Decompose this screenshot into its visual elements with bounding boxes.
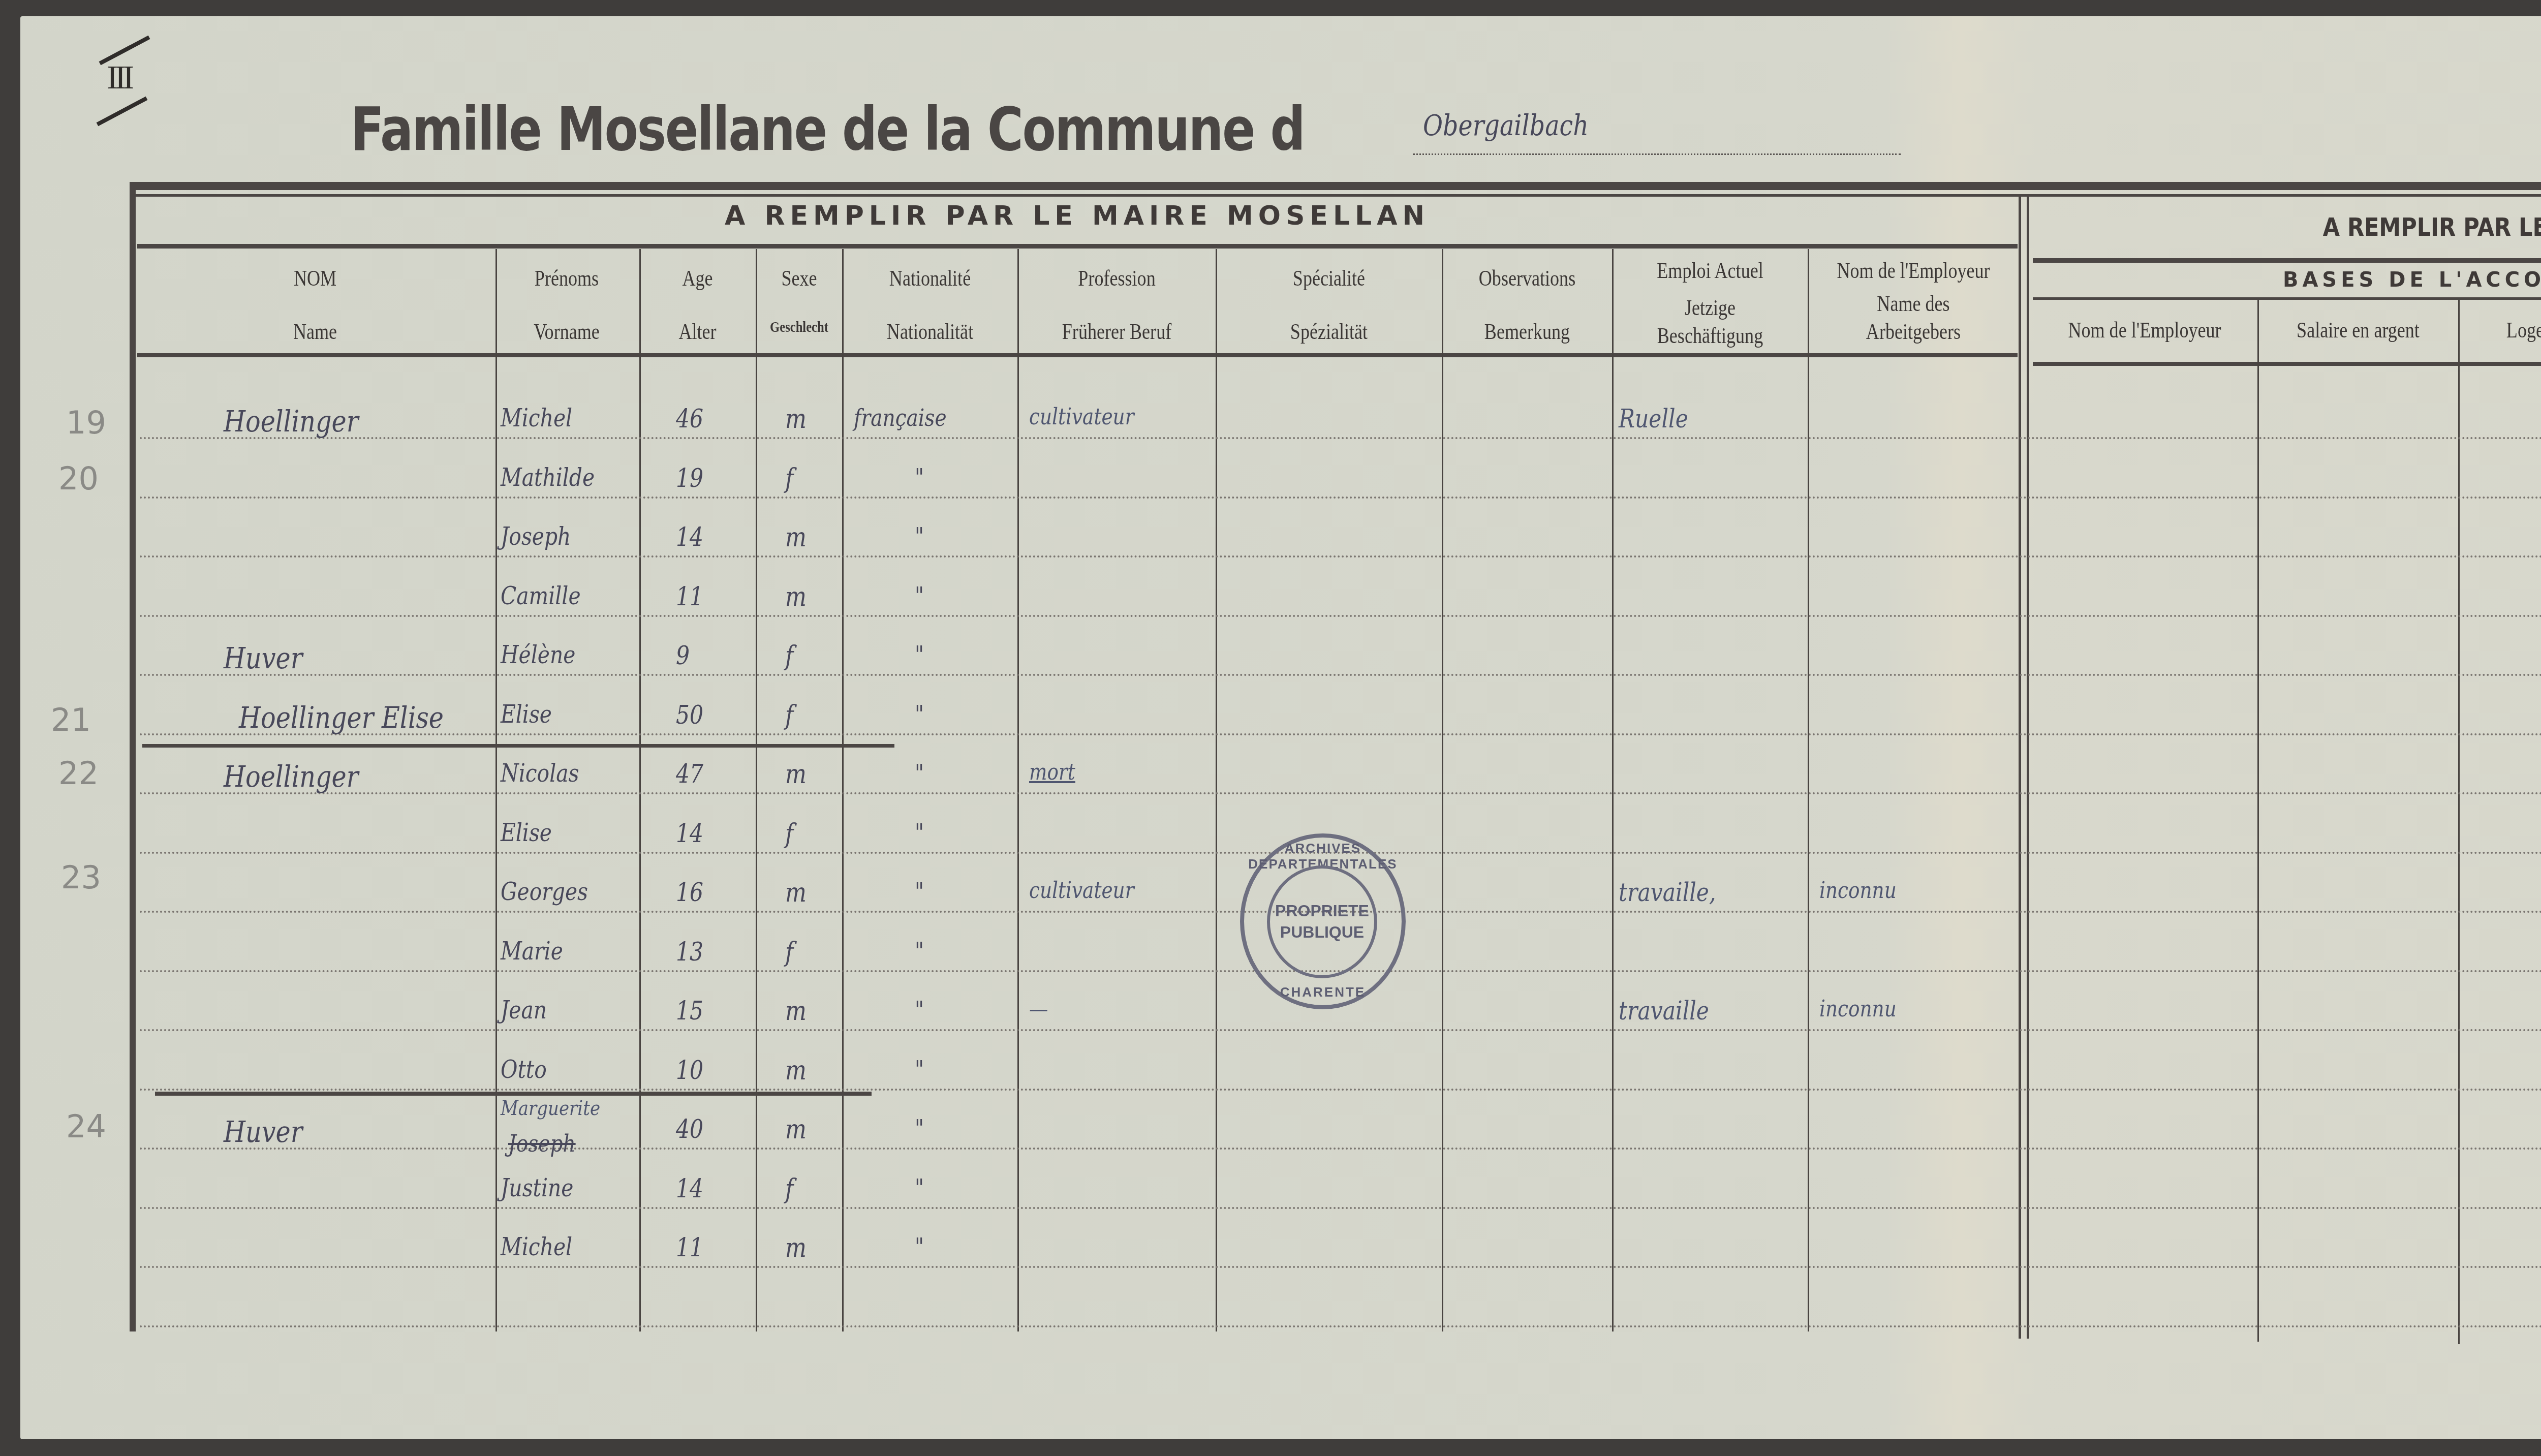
row-rule (140, 792, 2541, 794)
right-header-bottom-rule (2033, 362, 2541, 366)
cell-age: 14 (676, 522, 703, 552)
cell-sexe: f (785, 463, 793, 494)
col-line (842, 249, 844, 1331)
col-line (2257, 300, 2259, 1342)
cell-prenom: Justine (501, 1174, 573, 1202)
cell-age: 50 (676, 700, 703, 730)
cell-sexe: m (785, 1114, 807, 1145)
cell-prenom: Hélène (501, 641, 575, 669)
cell-nationalite: française (854, 404, 947, 431)
col-r-logement: Logement (2475, 316, 2541, 344)
cell-sexe: m (785, 878, 807, 908)
row-rule (140, 437, 2541, 439)
cell-nationalite: " (915, 463, 924, 491)
row-rule (140, 1266, 2541, 1268)
col-line (1017, 249, 1019, 1331)
margin-number: 24 (66, 1108, 106, 1145)
cell-age: 16 (676, 878, 703, 907)
cell-prenom: Otto (501, 1056, 547, 1084)
cell-sexe: m (785, 582, 807, 612)
frame-divider-a (2019, 195, 2021, 1339)
stamp-text: PUBLIQUE (1280, 922, 1364, 943)
cell-nationalite: " (915, 878, 924, 905)
row-rule (140, 733, 2541, 735)
commune-name: Obergailbach (1423, 109, 1589, 142)
row-rule (140, 615, 2541, 617)
cell-sexe: m (785, 404, 807, 435)
col-profession: ProfessionFrüherer Beruf (1037, 264, 1197, 346)
row-rule (140, 497, 2541, 499)
left-heading-rule (137, 244, 2018, 249)
cell-age: 15 (676, 996, 703, 1026)
cell-nationalite: " (915, 759, 924, 787)
row-rule (140, 1207, 2541, 1209)
cell-nationalite: " (915, 582, 924, 609)
cell-profession: cultivateur (1029, 878, 1134, 904)
cell-age: 11 (676, 1233, 703, 1262)
cell-prenom: Joseph (501, 522, 571, 551)
cell-age: 13 (676, 937, 703, 967)
col-sexe: SexeGeschlecht (765, 264, 833, 337)
margin-number: 22 (58, 755, 99, 792)
stamp-center: PROPRIETE PUBLIQUE (1267, 865, 1377, 978)
cell-profession: mort (1029, 759, 1075, 785)
cell-nom: Huver (224, 641, 302, 675)
cell-prenom: Marie (501, 937, 563, 966)
cell-sexe: m (785, 522, 807, 553)
cell-nom: Hoellinger (224, 759, 358, 794)
cell-nationalite: " (915, 522, 924, 550)
cell-nom: Hoellinger Elise (239, 700, 444, 735)
page-title: Famille Mosellane de la Commune d (351, 94, 1304, 164)
cell-nationalite: " (915, 1233, 924, 1260)
cell-nationalite: " (915, 1114, 924, 1142)
cell-age: 14 (676, 1174, 703, 1203)
right-heading-rule (2033, 258, 2541, 263)
row-rule (140, 1325, 2541, 1327)
family-separator (142, 744, 894, 748)
margin-number: 21 (51, 701, 91, 738)
frame-top-thin (130, 194, 2541, 197)
col-line (756, 249, 757, 1331)
cell-sexe: m (785, 996, 807, 1027)
cell-prenom: Elise (501, 700, 552, 729)
col-line (1442, 249, 1443, 1331)
frame-top-thick (130, 182, 2541, 190)
cell-sexe: f (785, 1174, 793, 1204)
cell-nationalite: " (915, 1056, 924, 1083)
cell-sexe: f (785, 819, 793, 849)
cell-age: 14 (676, 819, 703, 848)
row-rule (140, 674, 2541, 676)
cell-nationalite: " (915, 996, 924, 1024)
archive-stamp: ARCHIVES DEPARTEMENTALES PROPRIETE PUBLI… (1240, 833, 1406, 1009)
bases-accord-rule (2033, 297, 2541, 300)
cell-age: 46 (676, 404, 703, 433)
col-nom-employeur: Nom de l'EmployeurName des Arbeitgebers (1828, 257, 1999, 346)
cell-nationalite: " (915, 700, 924, 728)
row-rule (140, 1089, 2541, 1091)
row-rule (140, 555, 2541, 557)
cell-age: 47 (676, 759, 703, 789)
cell-age: 40 (676, 1114, 703, 1144)
cell-nationalite: " (915, 937, 924, 965)
cell-sexe: m (785, 1056, 807, 1086)
col-prenoms: PrénomsVorname (508, 264, 625, 346)
bases-accord-heading: BASES DE L'ACCORD (2033, 268, 2541, 292)
left-section-heading: A REMPLIR PAR LE MAIRE MOSELLAN (136, 201, 2019, 231)
cell-prenom: Elise (501, 819, 552, 847)
cell-prenom: Michel (501, 1233, 572, 1261)
cell-nationalite: " (915, 819, 924, 846)
frame-divider-b (2027, 195, 2029, 1339)
cell-nationalite: " (915, 1174, 924, 1201)
cell-sexe: f (785, 700, 793, 731)
col-line (495, 249, 497, 1331)
col-nationalite: NationalitéNationalität (859, 264, 1001, 346)
cell-prenom: Marguerite (501, 1097, 600, 1120)
margin-number: 20 (58, 460, 99, 497)
cell-sexe: f (785, 641, 793, 671)
frame-left (130, 188, 136, 1331)
cell-age: 19 (676, 463, 703, 493)
cell-age: 9 (676, 641, 690, 670)
cell-employeur: inconnu (1819, 996, 1897, 1022)
cell-sexe: m (785, 1233, 807, 1263)
cell-age: 10 (676, 1056, 703, 1085)
cell-profession: cultivateur (1029, 404, 1134, 430)
col-specialite: SpécialitéSpézialität (1237, 264, 1421, 346)
margin-number: 19 (66, 404, 106, 441)
cell-nationalite: " (915, 641, 924, 668)
commune-underline (1413, 153, 1901, 155)
col-line (1216, 249, 1217, 1331)
cell-prenom: Camille (501, 582, 581, 610)
col-age: AgeAlter (650, 264, 745, 346)
cell-prenom: Nicolas (501, 759, 579, 788)
stamp-text: PROPRIETE (1275, 901, 1369, 922)
cell-prenom: Georges (501, 878, 588, 906)
col-r-nom-employeur: Nom de l'Employeur (2053, 316, 2237, 344)
col-observations: ObservationsBemerkung (1459, 264, 1596, 346)
margin-number: 23 (61, 859, 101, 896)
cell-emploi: travaille, (1619, 878, 1716, 907)
cell-profession: — (1029, 996, 1048, 1022)
cell-prenom: Michel (501, 404, 572, 432)
cell-employeur: inconnu (1819, 878, 1897, 904)
col-line (2458, 300, 2460, 1344)
col-emploi-actuel: Emploi ActuelJetzige Beschäftigung (1631, 257, 1789, 350)
row-rule (140, 1029, 2541, 1031)
stamp-ring-bottom: CHARENTE (1244, 984, 1402, 1000)
cell-sexe: f (785, 937, 793, 968)
cell-prenom: Jean (501, 996, 547, 1025)
col-r-salaire: Salaire en argent (2277, 316, 2439, 344)
cell-nom: Huver (224, 1114, 302, 1149)
cell-nom: Hoellinger (224, 404, 358, 439)
col-line (1808, 249, 1809, 1331)
col-nom: NOMName (169, 264, 461, 346)
right-section-heading: A REMPLIR PAR LE PRÉSIDENT DU COMITÉ COM… (2144, 212, 2541, 242)
family-separator (155, 1092, 872, 1096)
cell-sexe: m (785, 759, 807, 790)
cell-prenom: Mathilde (501, 463, 595, 492)
cell-prenom-struck: Joseph (508, 1130, 576, 1157)
cell-emploi: Ruelle (1619, 404, 1688, 433)
col-line (1612, 249, 1614, 1331)
row-rule (140, 1148, 2541, 1150)
col-line (639, 249, 641, 1331)
cell-emploi: travaille (1619, 996, 1709, 1026)
left-header-bottom-rule (137, 353, 2018, 357)
cell-age: 11 (676, 582, 703, 611)
